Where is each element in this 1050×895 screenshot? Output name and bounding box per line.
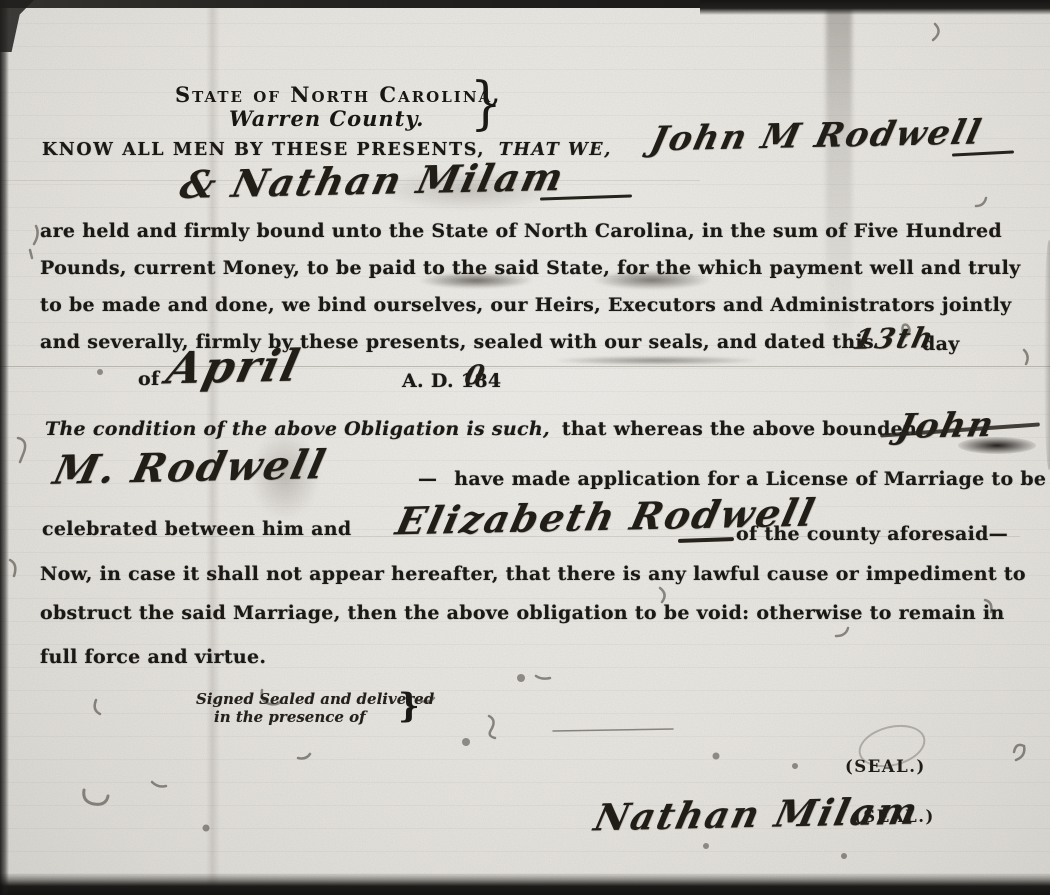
condition-line-full-force: full force and virtue. xyxy=(40,646,266,668)
scan-edge-top-right xyxy=(700,0,1050,15)
bond-line-1: are held and firmly bound unto the State… xyxy=(40,220,1002,242)
header-brace: } xyxy=(470,70,502,137)
application-text: have made application for a License of M… xyxy=(454,468,1046,490)
seal-label-bottom: (SEAL.) xyxy=(854,807,935,826)
condition-line-now: Now, in case it shall not appear hereaft… xyxy=(40,563,1026,585)
celebrated-suffix: of the county aforesaid— xyxy=(736,523,1008,545)
day-word: day xyxy=(922,333,960,355)
condition-line-obstruct: obstruct the said Marriage, then the abo… xyxy=(40,602,1005,624)
county-heading: Warren County. xyxy=(229,106,425,131)
ink-streak xyxy=(556,356,756,365)
of-label: of xyxy=(138,368,159,390)
right-edge-shadow xyxy=(1044,240,1050,470)
dash-mark: — xyxy=(418,468,437,490)
condition-italic: The condition of the above Obligation is… xyxy=(45,418,550,440)
condition-line: The condition of the above Obligation is… xyxy=(45,418,917,440)
obligor-signature-nathan-milam: & Nathan Milam xyxy=(176,154,570,207)
handwritten-month: April xyxy=(162,341,306,395)
condition-rest: that whereas the above bounden xyxy=(562,418,917,440)
bond-line-4: and severally, firmly by these presents,… xyxy=(40,331,874,353)
bond-line-3: to be made and done, we bind ourselves, … xyxy=(40,294,1011,316)
attestation-line-2: in the presence of xyxy=(214,708,366,726)
application-line: — have made application for a License of… xyxy=(418,468,1046,490)
bond-line-2: Pounds, current Money, to be paid to the… xyxy=(40,257,1020,279)
handwritten-groom-first: John xyxy=(893,405,999,447)
scan-edge-bottom xyxy=(0,873,1050,895)
state-heading: State of North Carolina, xyxy=(175,82,501,107)
handwritten-groom-rest: M. Rodwell xyxy=(49,441,331,494)
scan-hairline xyxy=(0,366,1050,367)
attestation-brace: } xyxy=(398,686,420,726)
seal-label-top: (SEAL.) xyxy=(845,757,926,776)
scan-edge-left xyxy=(0,0,9,895)
marriage-bond-document: State of North Carolina, Warren County. … xyxy=(0,0,1050,895)
obligor-signature-john-rodwell: John M Rodwell xyxy=(647,113,987,160)
celebrated-prefix: celebrated between him and xyxy=(42,518,351,540)
signature-flourish xyxy=(678,537,734,543)
